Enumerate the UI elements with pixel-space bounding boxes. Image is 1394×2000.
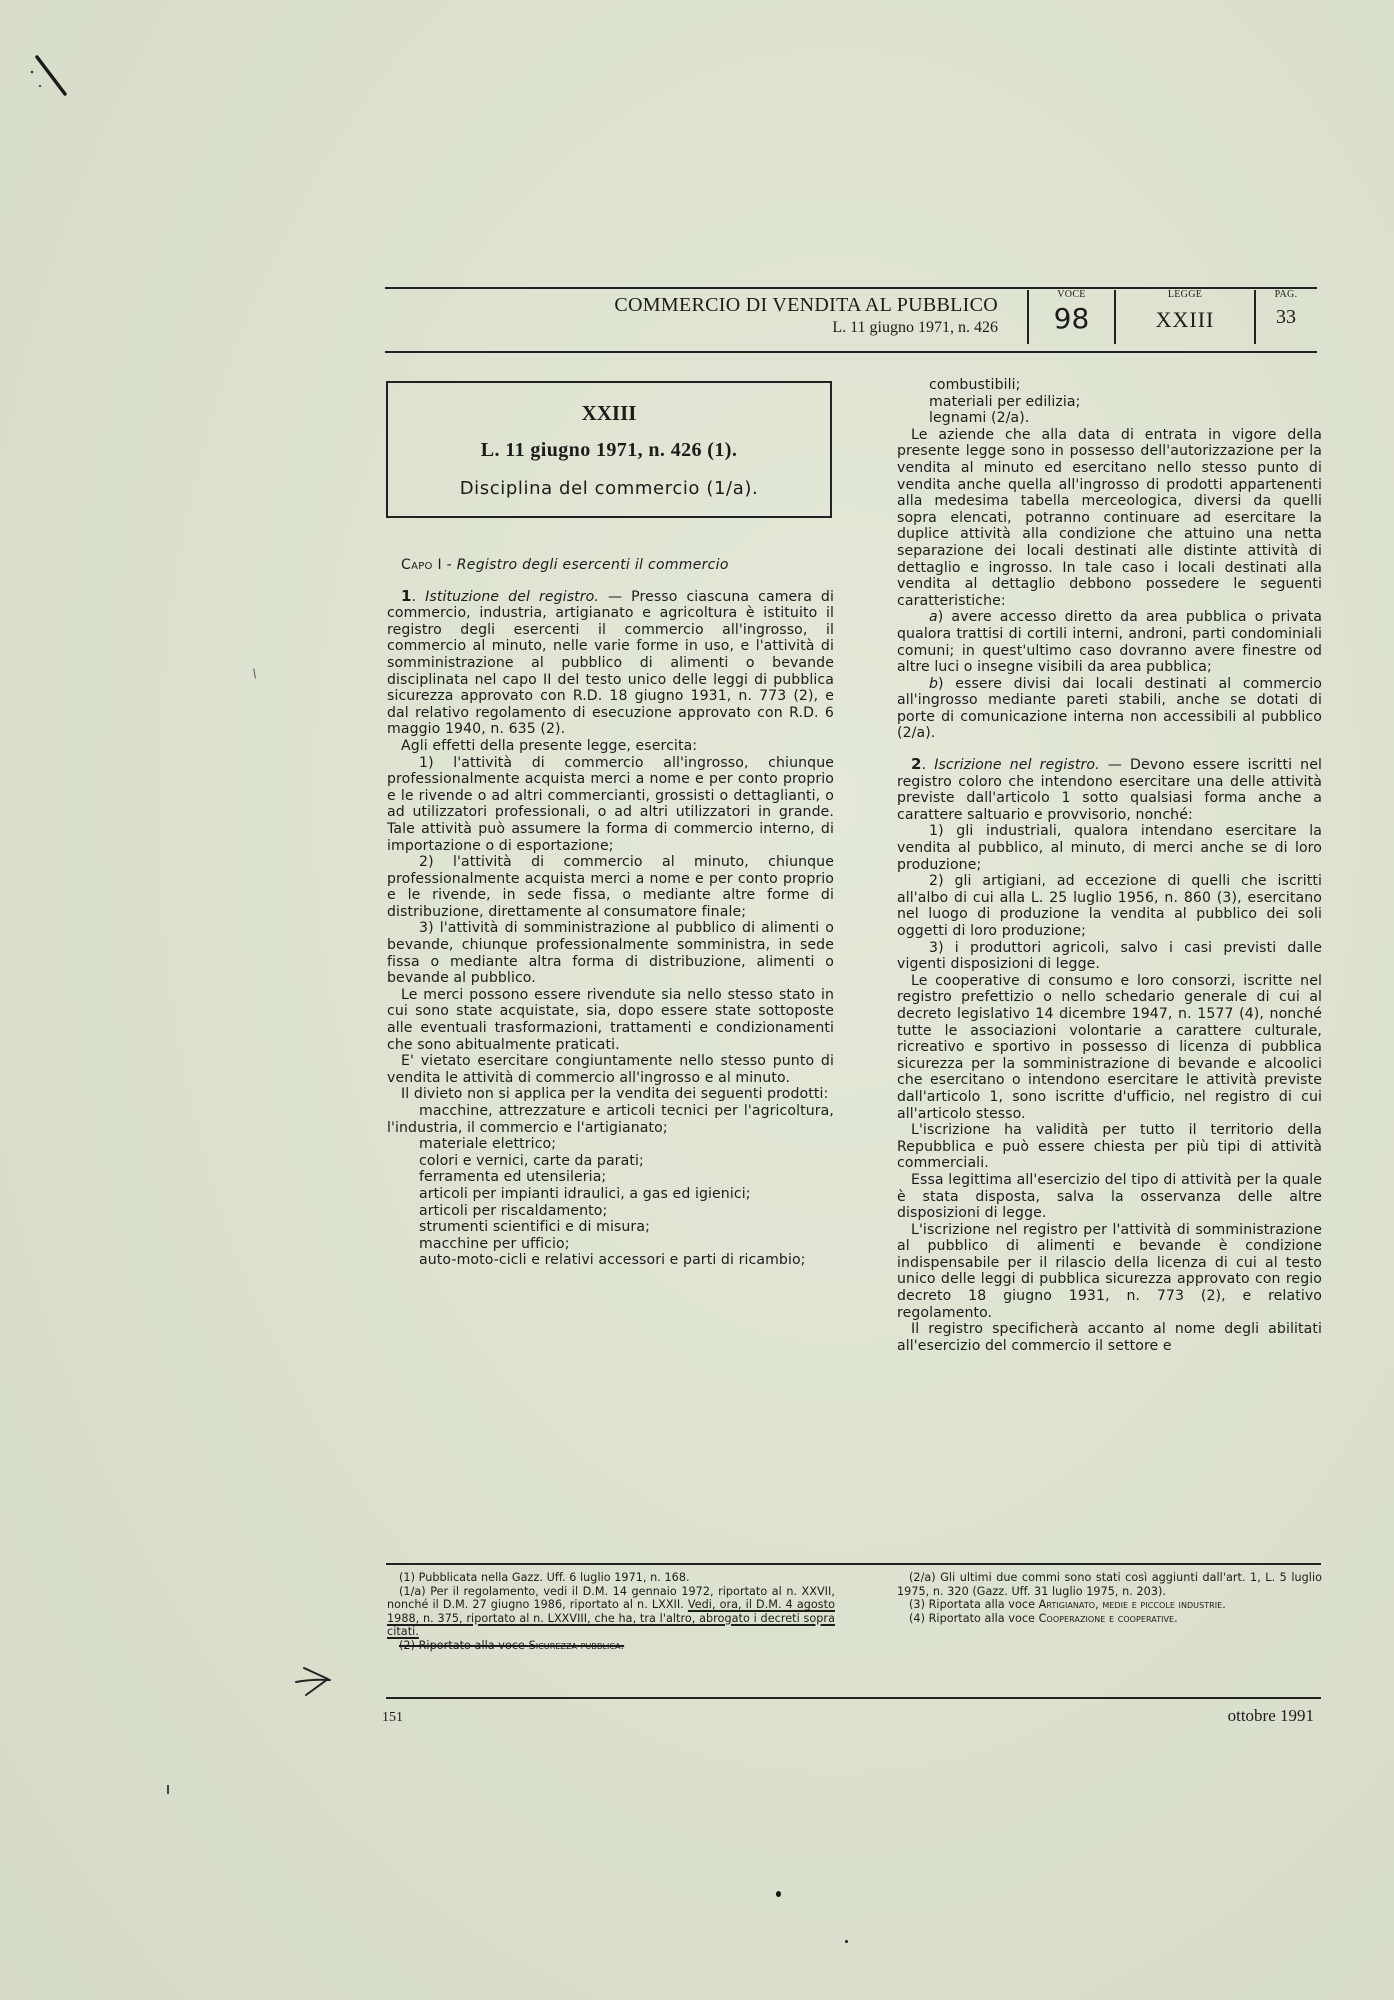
footnote-2: (2) Riportato alla voce Sicurezza pubbli… xyxy=(387,1639,835,1653)
footnote-1a: (1/a) Per il regolamento, vedi il D.M. 1… xyxy=(387,1585,835,1639)
paragraph: L'iscrizione ha validità per tutto il te… xyxy=(897,1122,1322,1172)
paragraph: strumenti scientifici e di misura; xyxy=(387,1219,834,1236)
footer-rule xyxy=(386,1697,1321,1699)
article-text: — Presso ciascuna camera di commercio, i… xyxy=(387,589,834,738)
issue-date: ottobre 1991 xyxy=(1228,1706,1314,1726)
pag-value: 33 xyxy=(1256,306,1316,329)
paragraph: 1) gli industriali, qualora intendano es… xyxy=(897,823,1322,873)
paragraph: Il registro specificherà accanto al nome… xyxy=(897,1321,1322,1354)
footnotes-left: (1) Pubblicata nella Gazz. Uff. 6 luglio… xyxy=(387,1571,835,1653)
paragraph: legnami (2/a). xyxy=(897,410,1322,427)
legge-value: XXIII xyxy=(1116,307,1254,333)
paragraph: macchine, attrezzature e articoli tecnic… xyxy=(387,1103,834,1136)
article-2: 2. Iscrizione nel registro. — Devono ess… xyxy=(897,756,1322,823)
paragraph: 1) l'attività di commercio all'ingrosso,… xyxy=(387,755,834,855)
article-1: 1. Istituzione del registro. — Presso ci… xyxy=(387,588,834,738)
paragraph: articoli per impianti idraulici, a gas e… xyxy=(387,1186,834,1203)
paragraph: Le merci possono essere rivendute sia ne… xyxy=(387,987,834,1053)
paragraph: colori e vernici, carte da parati; xyxy=(387,1153,834,1170)
paragraph: Agli effetti della presente legge, eserc… xyxy=(387,738,834,755)
header-subtitle: L. 11 giugno 1971, n. 426 xyxy=(385,318,998,338)
footnote-rule xyxy=(386,1563,1321,1565)
paragraph: articoli per riscaldamento; xyxy=(387,1203,834,1220)
footnote-1: (1) Pubblicata nella Gazz. Uff. 6 luglio… xyxy=(387,1571,835,1585)
chapter-title: Registro degli esercenti il commercio xyxy=(457,557,729,573)
paragraph: ferramenta ed utensileria; xyxy=(387,1169,834,1186)
law-citation: L. 11 giugno 1971, n. 426 (1). xyxy=(388,439,830,462)
paragraph: macchine per ufficio; xyxy=(387,1236,834,1253)
handwritten-arrow-mark xyxy=(290,1660,370,1710)
footnote-2a: (2/a) Gli ultimi due commi sono stati co… xyxy=(897,1571,1322,1598)
handwritten-slash-mark xyxy=(0,0,200,160)
paragraph: Essa legittima all'esercizio del tipo di… xyxy=(897,1172,1322,1222)
voce-label: VOCE xyxy=(1029,289,1114,300)
paragraph: 3) i produttori agricoli, salvo i casi p… xyxy=(897,940,1322,973)
paragraph: 2) gli artigiani, ad eccezione di quelli… xyxy=(897,873,1322,939)
list-item-b: b) essere divisi dai locali destinati al… xyxy=(897,676,1322,742)
stray-dot xyxy=(776,1891,781,1897)
header-title: COMMERCIO DI VENDITA AL PUBBLICO xyxy=(385,294,998,316)
footnote-4: (4) Riportato alla voce Cooperazione e c… xyxy=(897,1612,1322,1626)
left-paragraphs: Agli effetti della presente legge, eserc… xyxy=(387,738,834,1269)
right-paragraphs-b: 1) gli industriali, qualora intendano es… xyxy=(897,823,1322,1354)
legge-label: LEGGE xyxy=(1116,289,1254,300)
law-subject: Disciplina del commercio (1/a). xyxy=(388,478,830,499)
voce-value: 98 xyxy=(1029,302,1114,335)
paragraph: L'iscrizione nel registro per l'attività… xyxy=(897,1222,1322,1322)
paragraph: materiale elettrico; xyxy=(387,1136,834,1153)
article-title: Istituzione del registro. xyxy=(425,589,599,605)
stray-dot xyxy=(167,1785,169,1794)
footnote-3: (3) Riportata alla voce Artigianato, med… xyxy=(897,1598,1322,1612)
paragraph: E' vietato esercitare congiuntamente nel… xyxy=(387,1053,834,1086)
left-column: Capo I - Registro degli esercenti il com… xyxy=(387,557,834,1269)
paragraph: materiali per edilizia; xyxy=(897,394,1322,411)
paragraph: 3) l'attività di somministrazione al pub… xyxy=(387,920,834,986)
stray-dot xyxy=(845,1940,848,1943)
header-bottom-rule xyxy=(385,351,1317,353)
article-title: Iscrizione nel registro. xyxy=(934,757,1099,773)
article-number: 1 xyxy=(401,587,412,605)
footnotes-right: (2/a) Gli ultimi due commi sono stati co… xyxy=(897,1571,1322,1625)
right-column: combustibili;materiali per edilizia;legn… xyxy=(897,377,1322,1354)
chapter-label: Capo I xyxy=(401,557,442,573)
paragraph: combustibili; xyxy=(897,377,1322,394)
pag-label: PAG. xyxy=(1256,289,1316,300)
paragraph: Le aziende che alla data di entrata in v… xyxy=(897,427,1322,610)
stray-mark xyxy=(253,667,262,678)
law-title-box: XXIII L. 11 giugno 1971, n. 426 (1). Dis… xyxy=(386,381,832,518)
right-paragraphs-a: combustibili;materiali per edilizia;legn… xyxy=(897,377,1322,609)
paragraph: 2) l'attività di commercio al minuto, ch… xyxy=(387,854,834,920)
paragraph: Le cooperative di consumo e loro consorz… xyxy=(897,973,1322,1122)
chapter-heading: Capo I - Registro degli esercenti il com… xyxy=(387,557,834,574)
paragraph: auto-moto-cicli e relativi accessori e p… xyxy=(387,1252,834,1269)
law-number-roman: XXIII xyxy=(388,401,830,426)
list-item-a: a) avere accesso diretto da area pubblic… xyxy=(897,609,1322,675)
paragraph: Il divieto non si applica per la vendita… xyxy=(387,1086,834,1103)
page-number: 151 xyxy=(382,1710,403,1726)
article-number: 2 xyxy=(911,755,922,773)
